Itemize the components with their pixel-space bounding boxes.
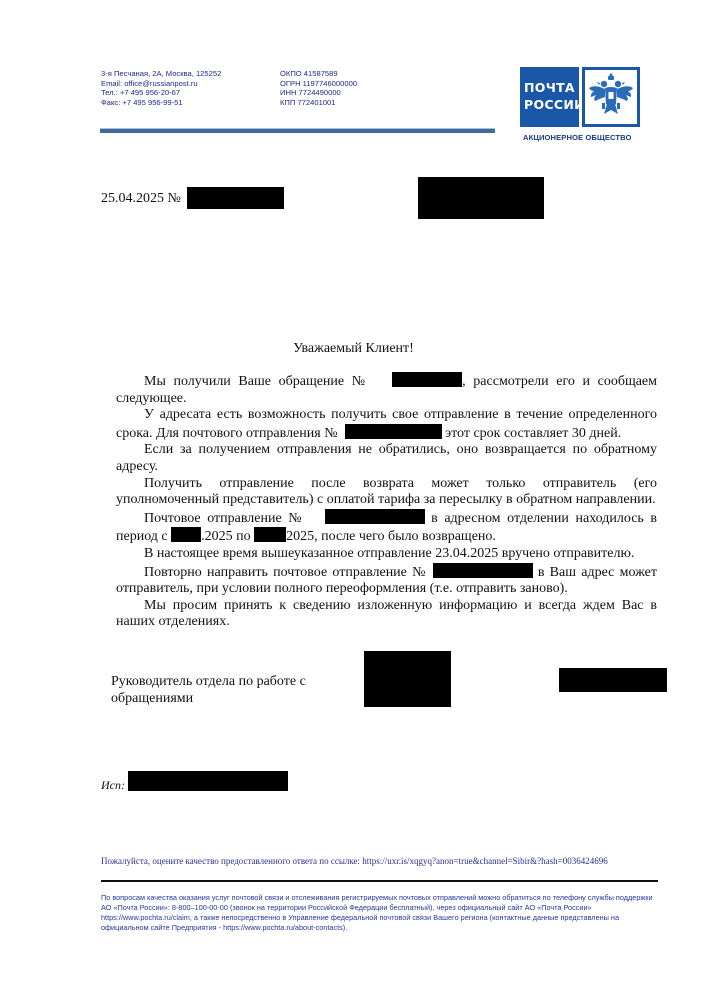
footer-divider (101, 880, 658, 882)
signer-title-line-2: обращениями (111, 691, 306, 708)
paragraph-appeal: Мы получили Ваше обращение № , рассмотре… (116, 372, 657, 407)
redacted-recipient (418, 177, 544, 219)
greeting: Уважаемый Клиент! (0, 341, 707, 357)
logo-wordmark-box: ПОЧТА РОССИИ (520, 67, 579, 127)
redacted-tracking-number (325, 509, 425, 524)
text: Почтовое отправление № (144, 511, 305, 526)
paragraph-resend: Повторно направить почтовое отправление … (116, 563, 657, 598)
footer-contact-info: По вопросам качества оказания услуг почт… (101, 893, 661, 933)
text: 2025, после чего было возвращено. (286, 529, 496, 544)
text: .2025 по (201, 529, 251, 544)
phone-line: Тел.: +7 495 956-20-67 (101, 88, 221, 98)
logo-wordmark: ПОЧТА РОССИИ (524, 79, 576, 113)
redacted-date-from (171, 527, 201, 542)
redacted-appeal-number (392, 372, 462, 387)
executor-label: Исп: (101, 778, 125, 793)
company-address-block: 3-я Песчаная, 2А, Москва, 125252 Email: … (101, 69, 221, 107)
okpo-line: ОКПО 41587589 (280, 69, 357, 79)
rating-request-link[interactable]: Пожалуйста, оцените качество предоставле… (101, 856, 608, 866)
redacted-date-to (254, 527, 286, 542)
logo-emblem-bg (585, 70, 637, 124)
letter-date-number: 25.04.2025 № (101, 191, 181, 207)
address-line: 3-я Песчаная, 2А, Москва, 125252 (101, 69, 221, 79)
logo-line-2: РОССИИ (524, 96, 576, 113)
redacted-executor (128, 771, 288, 791)
text: Повторно направить почтовое отправление … (144, 565, 427, 580)
letter-page: 3-я Песчаная, 2А, Москва, 125252 Email: … (0, 0, 707, 1000)
ogrn-line: ОГРН 1197746000000 (280, 79, 357, 89)
paragraph-delivered: В настоящее время вышеуказанное отправле… (116, 546, 657, 563)
paragraph-closing: Мы просим принять к сведению изложенную … (116, 598, 657, 631)
paragraph-period: Почтовое отправление № в адресном отделе… (116, 509, 657, 546)
text: Мы получили Ваше обращение № (144, 374, 369, 389)
logo-emblem-box (582, 67, 640, 127)
email-line: Email: office@russianpost.ru (101, 79, 221, 89)
logo-line-1: ПОЧТА (524, 79, 576, 96)
redacted-letter-number (187, 187, 284, 209)
signer-title: Руководитель отдела по работе с обращени… (111, 674, 306, 707)
logo-subtitle: АКЦИОНЕРНОЕ ОБЩЕСТВО (523, 133, 632, 142)
letter-body: Мы получили Ваше обращение № , рассмотре… (116, 372, 657, 631)
signer-title-line-1: Руководитель отдела по работе с (111, 674, 306, 691)
text: этот срок составляет 30 дней. (445, 426, 621, 441)
kpp-line: КПП 772401001 (280, 98, 357, 108)
header-divider (100, 128, 495, 133)
number-sign: № (168, 191, 181, 206)
company-registry-block: ОКПО 41587589 ОГРН 1197746000000 ИНН 772… (280, 69, 357, 107)
russian-post-logo: ПОЧТА РОССИИ (520, 67, 640, 129)
redacted-tracking-number (433, 563, 533, 578)
paragraph-after-return: Получить отправление после возврата може… (116, 476, 657, 509)
redacted-tracking-number (345, 424, 442, 439)
inn-line: ИНН 7724490000 (280, 88, 357, 98)
paragraph-storage-period: У адресата есть возможность получить сво… (116, 407, 657, 442)
redacted-signature (364, 651, 451, 707)
fax-line: Факс: +7 495 956-99-51 (101, 98, 221, 108)
paragraph-return: Если за получением отправления не обрати… (116, 442, 657, 475)
redacted-signer-name (559, 668, 667, 692)
letter-date: 25.04.2025 (101, 191, 164, 206)
double-headed-eagle-icon (585, 70, 637, 124)
